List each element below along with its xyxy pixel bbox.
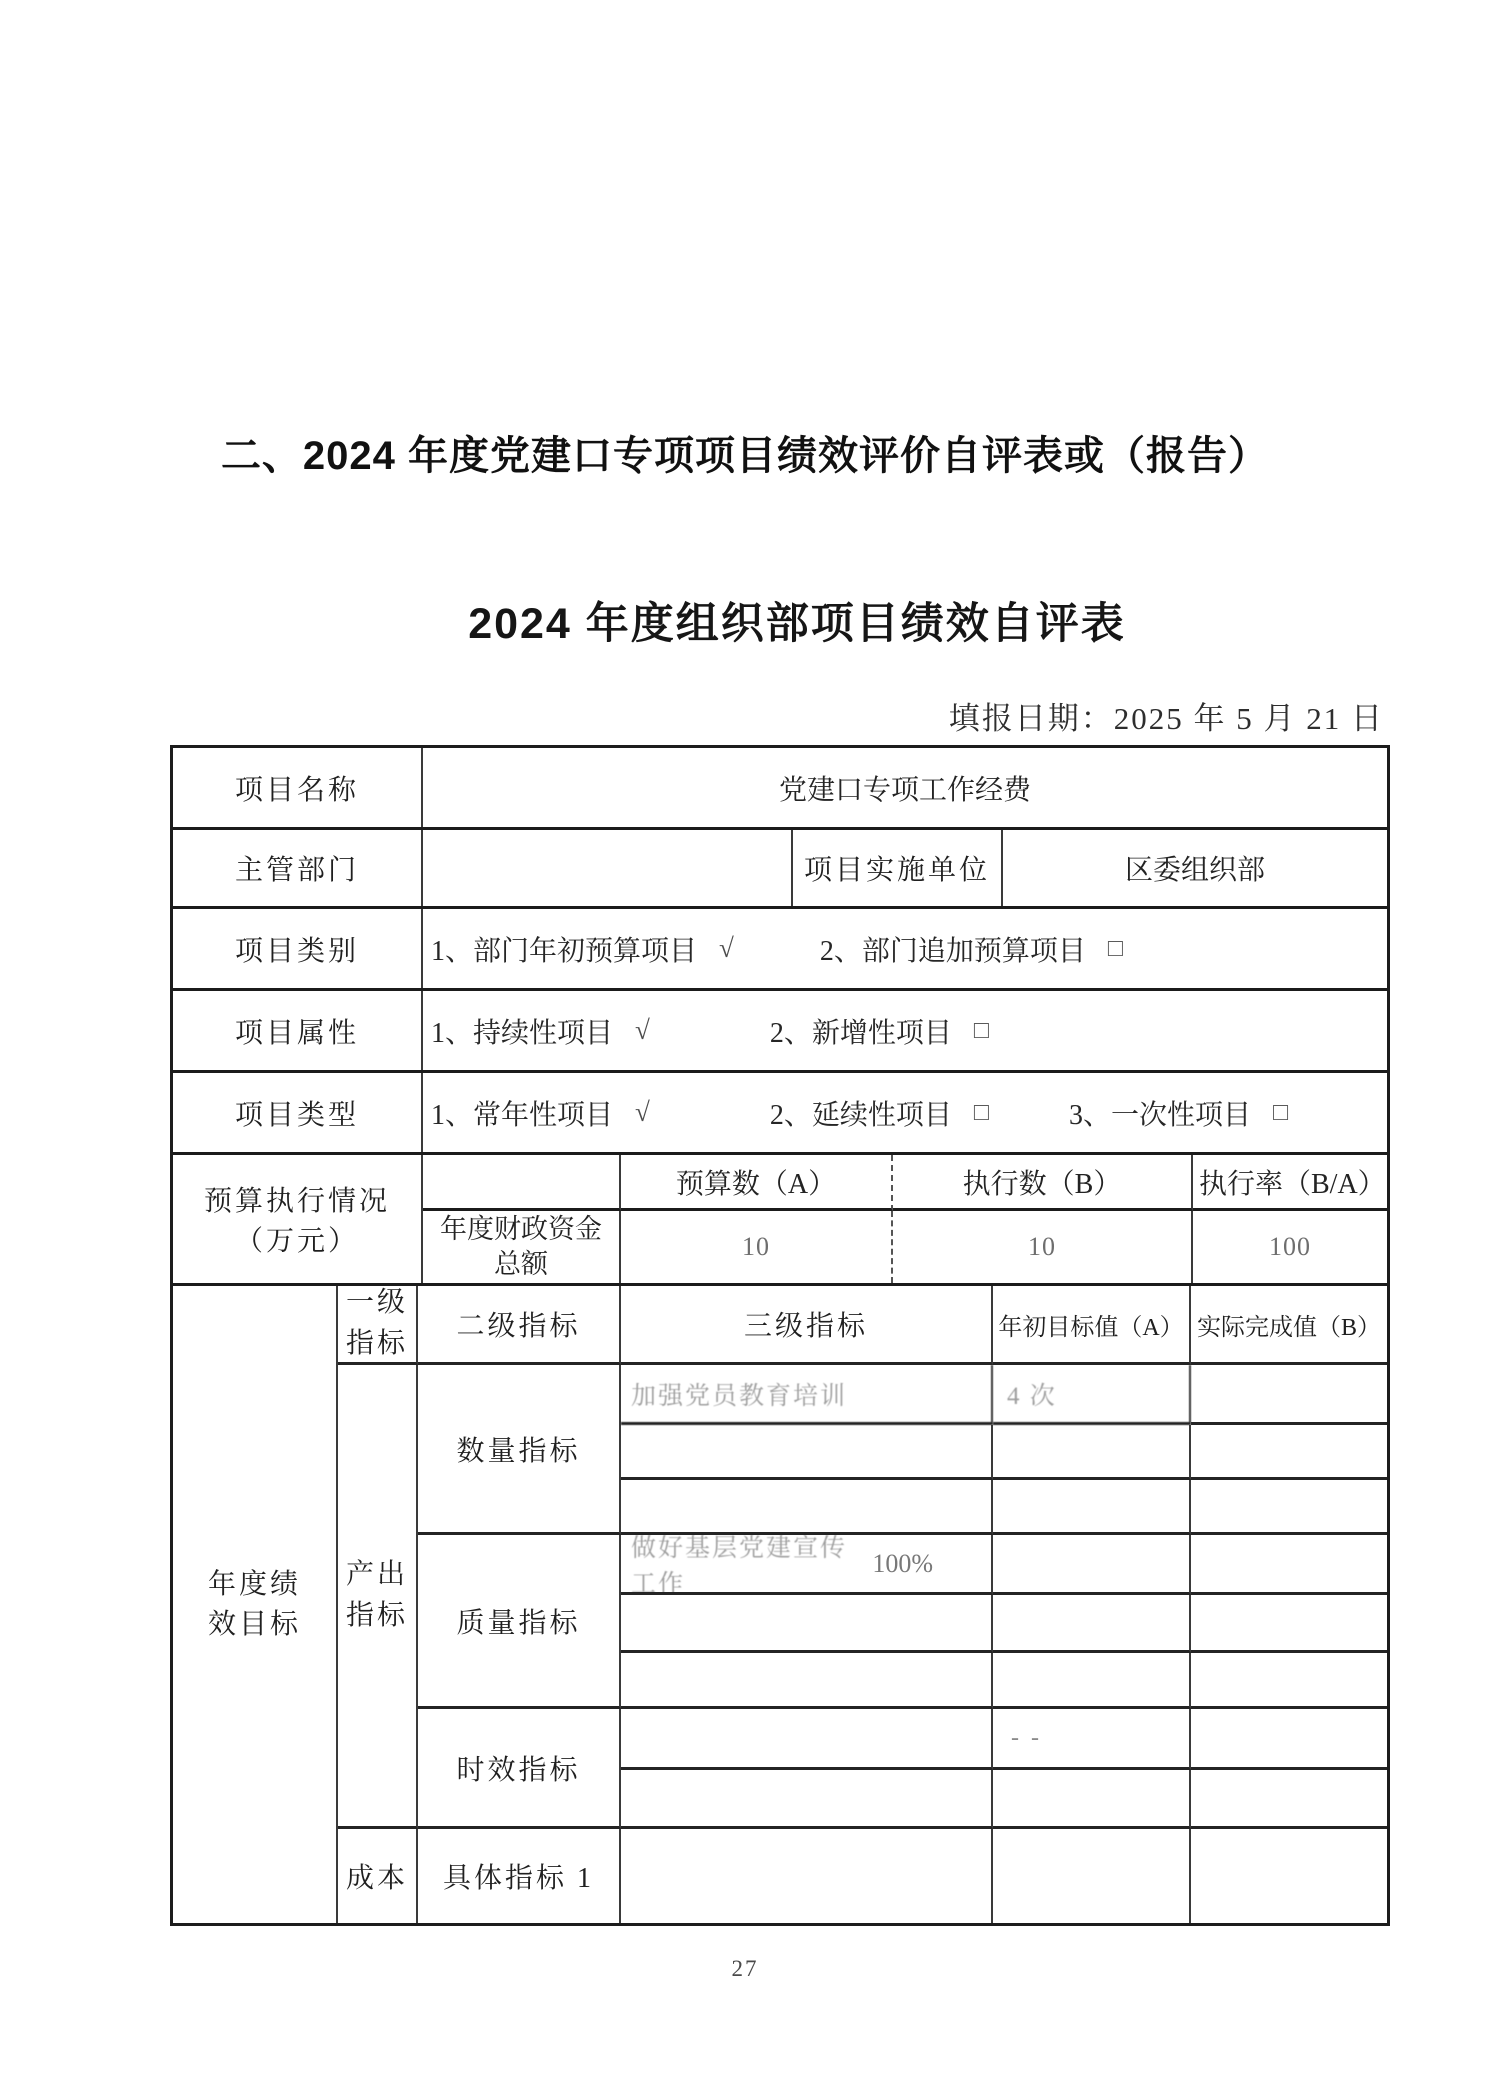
empty-cell — [1191, 1829, 1387, 1923]
time-indicator-label: 时效指标 — [418, 1709, 621, 1829]
checkbox-empty-icon: □ — [1108, 935, 1123, 963]
empty-cell — [621, 1425, 993, 1480]
quality-target-value: 100% — [872, 1549, 985, 1579]
empty-cell — [1191, 1425, 1387, 1480]
empty-cell — [1191, 1595, 1387, 1653]
empty-cell — [993, 1595, 1191, 1653]
empty-cell — [621, 1653, 993, 1709]
budget-amount-header: 预算数（A） — [621, 1155, 893, 1211]
project-name-value: 党建口专项工作经费 — [423, 748, 1387, 827]
empty-cell — [1191, 1535, 1387, 1595]
executed-amount-value: 10 — [893, 1211, 1193, 1283]
empty-cell — [621, 1829, 993, 1923]
budget-execution-section: 预算执行情况 （万元） 预算数（A） 执行数（B） 执行率（B/A） 年度财政资… — [173, 1155, 1387, 1286]
row-project-name: 项目名称 党建口专项工作经费 — [173, 748, 1387, 830]
quantity-level3-text: 加强党员教育培训 — [621, 1365, 993, 1425]
project-name-label: 项目名称 — [173, 748, 423, 827]
checkmark-icon: √ — [635, 1015, 650, 1046]
attribute-option-1: 1、持续性项目 — [431, 1011, 613, 1051]
actual-value-header: 实际完成值（B） — [1191, 1286, 1387, 1365]
budget-execution-label-line2: （万元） — [235, 1219, 359, 1259]
project-category-options: 1、部门年初预算项目 √ 2、部门追加预算项目 □ — [423, 909, 1387, 988]
budget-header-spacer — [423, 1155, 621, 1211]
table-title: 2024 年度组织部项目绩效自评表 — [52, 590, 1490, 651]
checkbox-empty-icon: □ — [974, 1099, 989, 1127]
time-target-value: - - — [993, 1709, 1191, 1770]
attribute-option-2: 2、新增性项目 — [770, 1011, 952, 1051]
category-option-1: 1、部门年初预算项目 — [431, 929, 697, 969]
annual-goal-label: 年度绩效目标 — [173, 1286, 338, 1923]
type-option-1: 1、常年性项目 — [431, 1093, 613, 1133]
supervising-dept-value — [423, 830, 793, 906]
row-project-category: 项目类别 1、部门年初预算项目 √ 2、部门追加预算项目 □ — [173, 909, 1387, 991]
quantity-indicator-label: 数量指标 — [418, 1365, 621, 1535]
execution-rate-value: 100 — [1193, 1211, 1387, 1283]
cost-detail-label: 具体指标 1 — [418, 1829, 621, 1923]
empty-cell — [993, 1425, 1191, 1480]
empty-cell — [1191, 1365, 1387, 1425]
level3-indicator-header: 三级指标 — [621, 1286, 993, 1365]
empty-cell — [993, 1770, 1191, 1829]
empty-cell — [993, 1653, 1191, 1709]
project-category-label: 项目类别 — [173, 909, 423, 988]
project-attribute-options: 1、持续性项目 √ 2、新增性项目 □ — [423, 991, 1387, 1070]
report-date: 填报日期：2025 年 5 月 21 日 — [170, 693, 1390, 738]
annual-fiscal-funds-label: 年度财政资金总额 — [423, 1211, 621, 1283]
row-project-attribute: 项目属性 1、持续性项目 √ 2、新增性项目 □ — [173, 991, 1387, 1073]
executed-amount-header: 执行数（B） — [893, 1155, 1193, 1211]
output-indicator-label: 产出指标 — [338, 1365, 418, 1829]
checkbox-empty-icon: □ — [974, 1017, 989, 1045]
cost-indicator-label: 成本 — [338, 1829, 418, 1923]
empty-cell — [621, 1770, 993, 1829]
section-heading: 二、2024 年度党建口专项项目绩效评价自评表或（报告） — [0, 424, 1490, 481]
execution-rate-header: 执行率（B/A） — [1193, 1155, 1387, 1211]
supervising-dept-label: 主管部门 — [173, 830, 423, 906]
quantity-target-value: 4 次 — [993, 1365, 1191, 1425]
page-number: 27 — [0, 1956, 1490, 1982]
project-attribute-label: 项目属性 — [173, 991, 423, 1070]
annual-performance-section: 年度绩效目标 一级指标 产出指标 成本 二级指标 数量指标 质量指标 时效指标 … — [173, 1286, 1387, 1923]
checkbox-empty-icon: □ — [1273, 1099, 1288, 1127]
empty-cell — [621, 1709, 993, 1770]
empty-cell — [993, 1535, 1191, 1595]
empty-cell — [993, 1829, 1191, 1923]
type-option-2: 2、延续性项目 — [770, 1093, 952, 1133]
empty-cell — [1191, 1709, 1387, 1770]
row-project-type: 项目类型 1、常年性项目 √ 2、延续性项目 □ 3、一次性项目 □ — [173, 1073, 1387, 1155]
budget-execution-label: 预算执行情况 （万元） — [173, 1155, 423, 1283]
empty-cell — [993, 1480, 1191, 1535]
quality-level3-text: 做好基层党建宣传工作 100% — [621, 1535, 993, 1595]
project-type-label: 项目类型 — [173, 1073, 423, 1152]
implementing-unit-label: 项目实施单位 — [793, 830, 1003, 906]
scanned-document-page: 二、2024 年度党建口专项项目绩效评价自评表或（报告） 2024 年度组织部项… — [0, 0, 1490, 2095]
budget-amount-value: 10 — [621, 1211, 893, 1283]
empty-cell — [621, 1480, 993, 1535]
row-departments: 主管部门 项目实施单位 区委组织部 — [173, 830, 1387, 909]
type-option-3: 3、一次性项目 — [1069, 1093, 1251, 1133]
empty-cell — [1191, 1653, 1387, 1709]
empty-cell — [1191, 1770, 1387, 1829]
quality-indicator-label: 质量指标 — [418, 1535, 621, 1709]
category-option-2: 2、部门追加预算项目 — [820, 929, 1086, 969]
performance-self-evaluation-table: 项目名称 党建口专项工作经费 主管部门 项目实施单位 区委组织部 项目类别 1、… — [170, 745, 1390, 1926]
empty-cell — [1191, 1480, 1387, 1535]
checkmark-icon: √ — [719, 933, 734, 964]
level2-indicator-header: 二级指标 — [418, 1286, 621, 1365]
empty-cell — [621, 1595, 993, 1653]
project-type-options: 1、常年性项目 √ 2、延续性项目 □ 3、一次性项目 □ — [423, 1073, 1387, 1152]
implementing-unit-value: 区委组织部 — [1003, 830, 1387, 906]
budget-execution-label-line1: 预算执行情况 — [204, 1179, 390, 1219]
checkmark-icon: √ — [635, 1097, 650, 1128]
target-value-header: 年初目标值（A） — [993, 1286, 1191, 1365]
level1-indicator-header: 一级指标 — [338, 1286, 418, 1365]
